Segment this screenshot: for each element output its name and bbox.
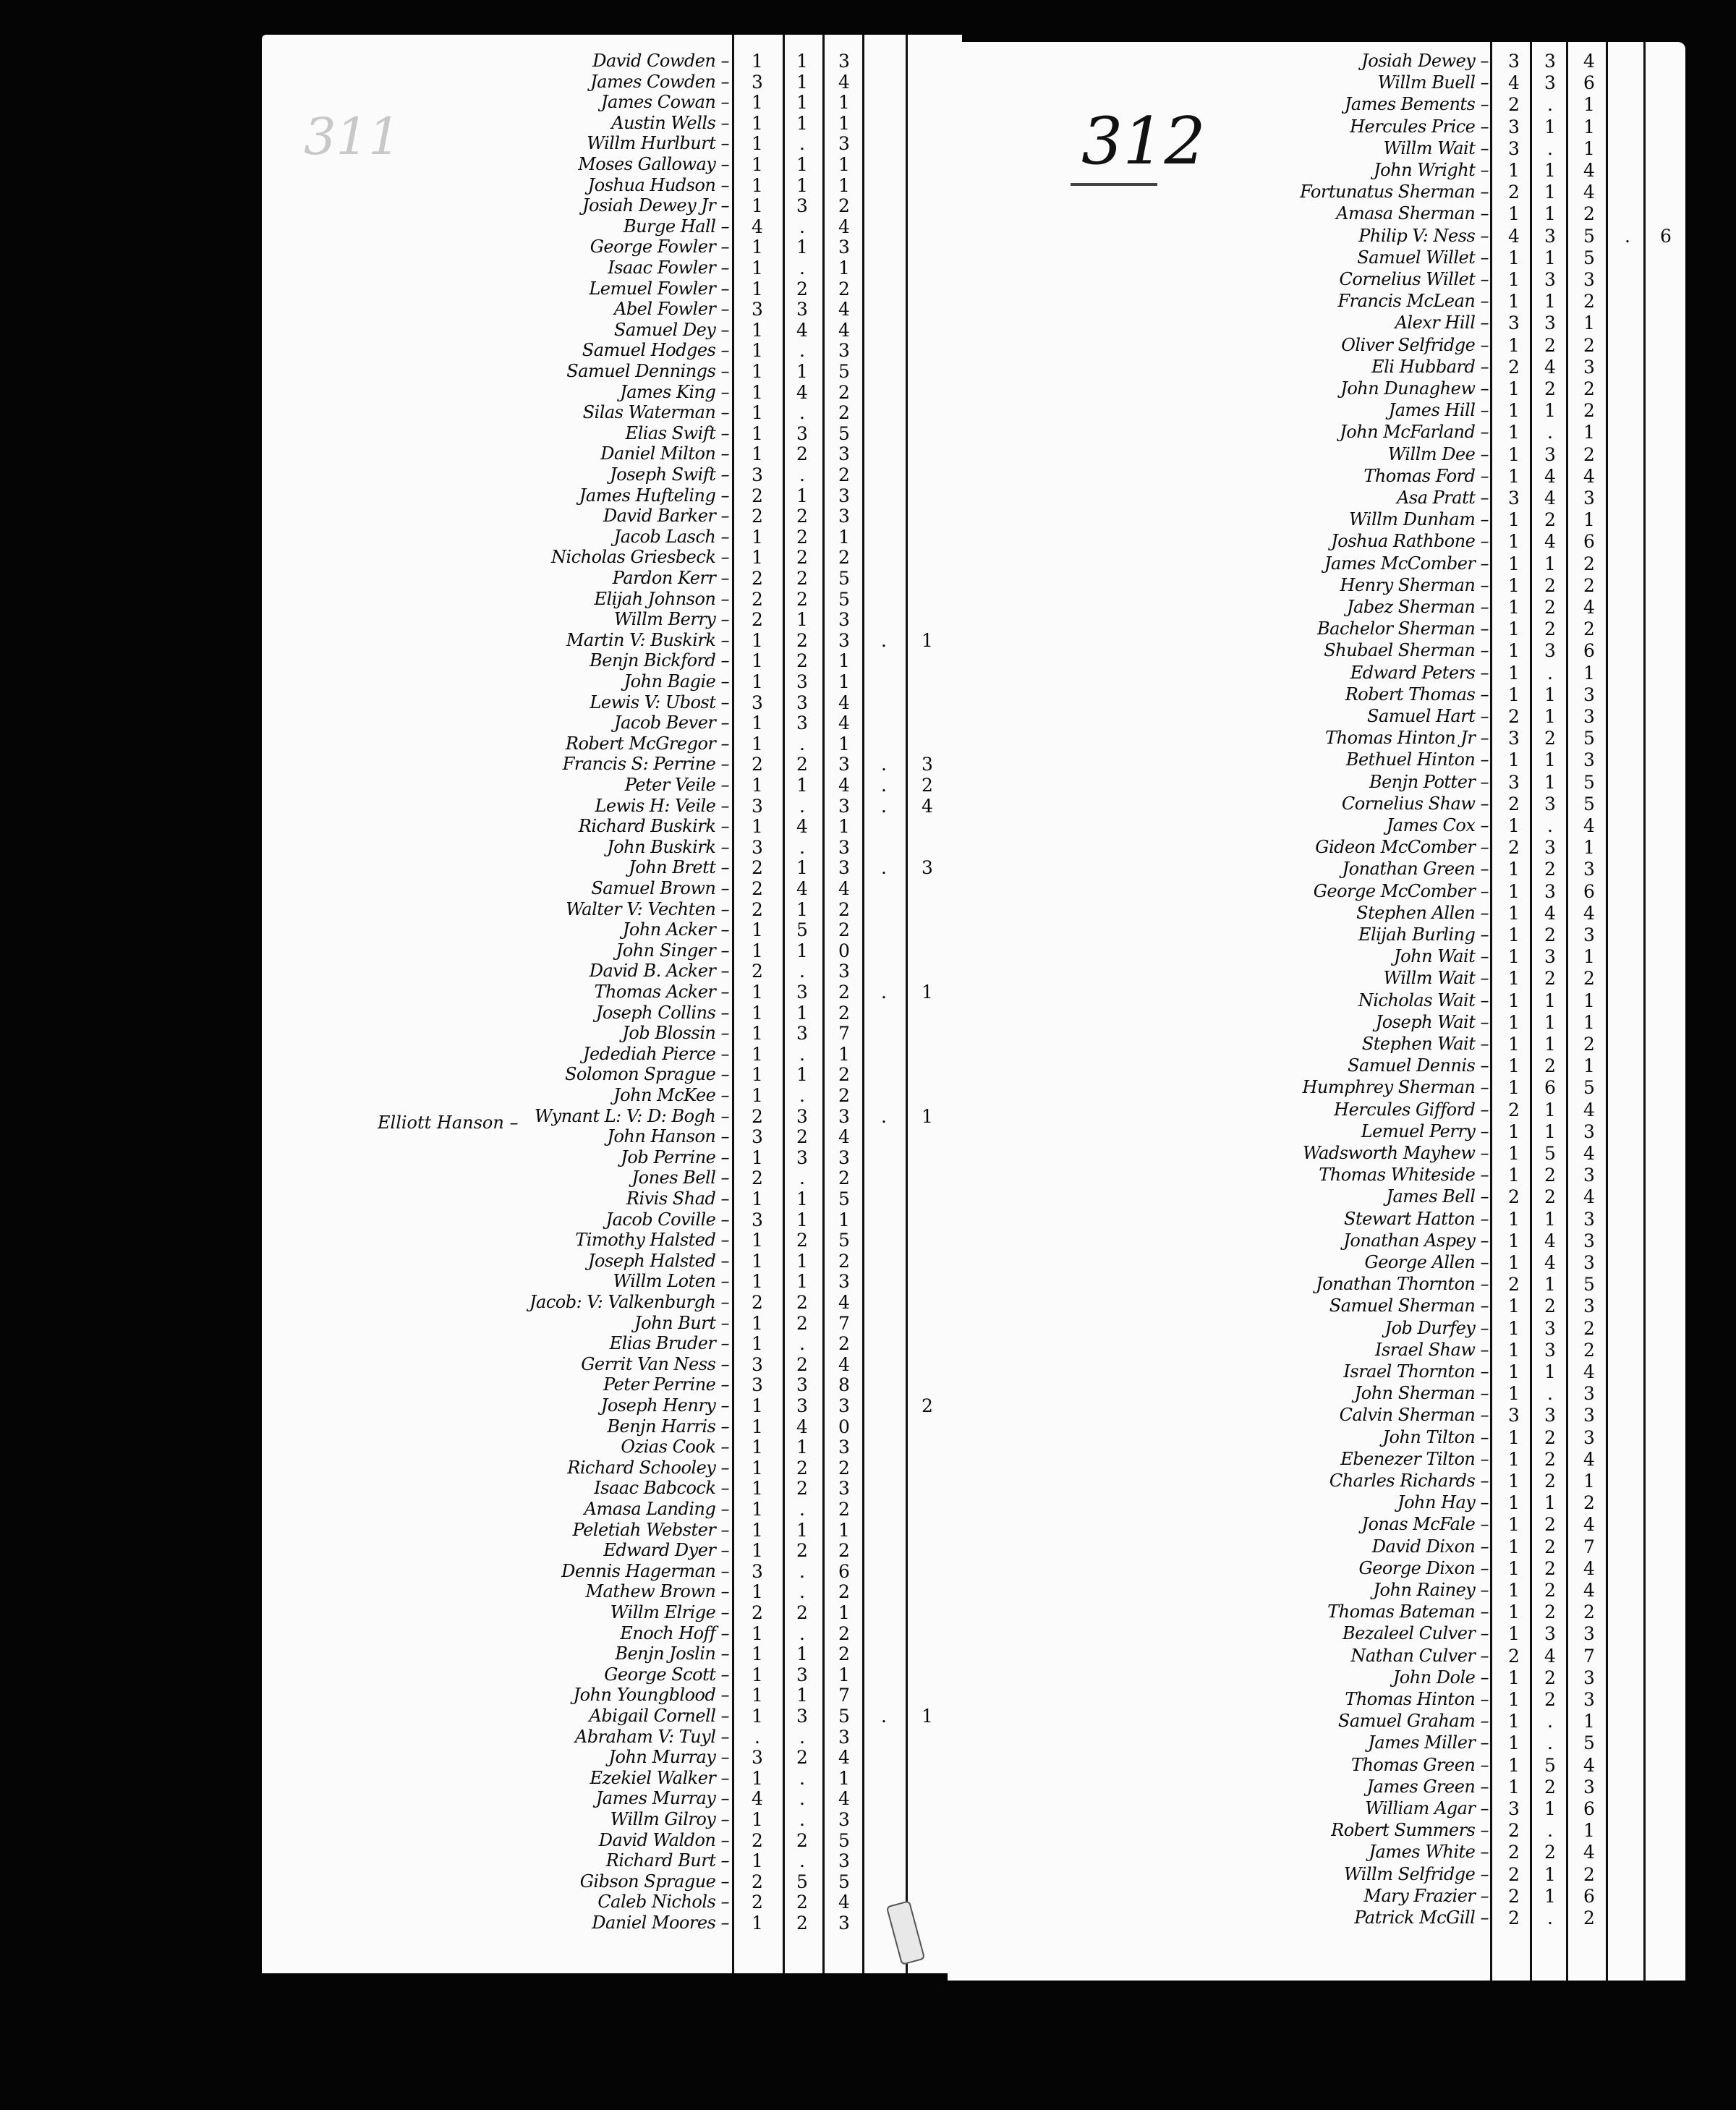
census-entry-row: George Fowler –113 bbox=[262, 237, 962, 258]
tally-cell-c1: 3 bbox=[1496, 728, 1532, 749]
tally-cell-c4: . bbox=[866, 1706, 902, 1727]
tally-cell-c1: 1 bbox=[1496, 335, 1532, 356]
head-of-household-name: Jonathan Aspey – bbox=[1343, 1230, 1489, 1251]
head-of-household-name: Job Durfey – bbox=[1384, 1318, 1489, 1338]
tally-cell-c3: 1 bbox=[1571, 422, 1607, 443]
census-entry-row: Joshua Rathbone –146 bbox=[948, 531, 1685, 553]
head-of-household-name: Samuel Dennis – bbox=[1348, 1055, 1489, 1076]
head-of-household-name: Silas Waterman – bbox=[583, 402, 729, 422]
head-of-household-name: David B. Acker – bbox=[590, 961, 729, 981]
head-of-household-name: Willm Loten – bbox=[613, 1271, 729, 1291]
tally-cell-c2: 1 bbox=[784, 51, 820, 72]
tally-cell-c2: 1 bbox=[1532, 400, 1568, 421]
tally-cell-c1: 1 bbox=[1496, 509, 1532, 530]
tally-cell-c3: 3 bbox=[1571, 1296, 1607, 1316]
census-entry-row: George Dixon –124 bbox=[948, 1558, 1685, 1580]
head-of-household-name: Robert McGregor – bbox=[566, 733, 729, 754]
tally-cell-c3: 4 bbox=[1571, 1558, 1607, 1579]
tally-cell-c1: 1 bbox=[739, 443, 775, 464]
head-of-household-name: George Fowler – bbox=[590, 237, 729, 257]
tally-cell-c5: 1 bbox=[909, 982, 945, 1003]
tally-cell-c4: . bbox=[866, 754, 902, 775]
census-entry-row: Joseph Collins –112 bbox=[262, 1003, 962, 1024]
tally-cell-c3: 3 bbox=[826, 1395, 862, 1416]
tally-cell-c3: 3 bbox=[1571, 749, 1607, 770]
head-of-household-name: Edward Peters – bbox=[1350, 663, 1489, 683]
tally-cell-c3: 2 bbox=[826, 195, 862, 216]
tally-cell-c1: 2 bbox=[739, 1292, 775, 1313]
tally-cell-c1: 2 bbox=[1496, 357, 1532, 378]
tally-cell-c3: 5 bbox=[1571, 226, 1607, 247]
tally-cell-c2: . bbox=[784, 1727, 820, 1748]
tally-cell-c3: 3 bbox=[826, 1106, 862, 1127]
tally-cell-c2: 4 bbox=[784, 878, 820, 899]
head-of-household-name: Willm Dee – bbox=[1388, 444, 1489, 464]
tally-cell-c1: 1 bbox=[1496, 291, 1532, 312]
head-of-household-name: Daniel Milton – bbox=[600, 443, 729, 464]
tally-cell-c1: 1 bbox=[739, 671, 775, 692]
tally-cell-c1: 1 bbox=[739, 1706, 775, 1727]
head-of-household-name: James Cox – bbox=[1387, 815, 1489, 835]
tally-cell-c1: 1 bbox=[739, 775, 775, 796]
tally-cell-c3: 3 bbox=[826, 837, 862, 858]
tally-cell-c3: 4 bbox=[826, 320, 862, 341]
census-entry-row: Enoch Hoff –1.2 bbox=[262, 1623, 962, 1645]
tally-cell-c1: 1 bbox=[1496, 1536, 1532, 1557]
tally-cell-c2: 2 bbox=[1532, 1186, 1568, 1207]
tally-cell-c1: 1 bbox=[1496, 1471, 1532, 1492]
tally-cell-c1: 3 bbox=[1496, 772, 1532, 793]
tally-cell-c3: 2 bbox=[826, 547, 862, 568]
tally-cell-c3: 2 bbox=[826, 1643, 862, 1664]
tally-cell-c1: 1 bbox=[739, 1416, 775, 1437]
tally-cell-c1: 1 bbox=[1496, 444, 1532, 465]
tally-cell-c3: 2 bbox=[826, 1167, 862, 1188]
tally-cell-c2: 1 bbox=[784, 113, 820, 134]
head-of-household-name: Willm Buell – bbox=[1378, 72, 1489, 93]
census-entry-row: Edward Dyer –122 bbox=[262, 1540, 962, 1562]
census-entry-row: Willm Wait –122 bbox=[948, 968, 1685, 990]
tally-cell-c1: 3 bbox=[739, 72, 775, 93]
census-entry-row: Robert Summers –2.1 bbox=[948, 1820, 1685, 1842]
tally-cell-c1: 1 bbox=[1496, 1209, 1532, 1230]
head-of-household-name: Ezekiel Walker – bbox=[590, 1768, 729, 1788]
tally-cell-c1: 1 bbox=[739, 1437, 775, 1458]
census-entry-row: Calvin Sherman –333 bbox=[948, 1405, 1685, 1426]
census-entry-row: Bezaleel Culver –133 bbox=[948, 1623, 1685, 1645]
head-of-household-name: Josiah Dewey – bbox=[1361, 51, 1489, 71]
tally-cell-c2: 3 bbox=[1532, 1405, 1568, 1426]
tally-cell-c2: 3 bbox=[1532, 640, 1568, 661]
tally-cell-c2: 3 bbox=[784, 1106, 820, 1127]
tally-cell-c2: 1 bbox=[784, 1188, 820, 1209]
tally-cell-c3: 4 bbox=[1571, 1186, 1607, 1207]
tally-cell-c1: 2 bbox=[739, 568, 775, 589]
census-entry-row: Wadsworth Mayhew –154 bbox=[948, 1143, 1685, 1165]
tally-cell-c1: 2 bbox=[1496, 94, 1532, 115]
tally-cell-c1: 1 bbox=[739, 1623, 775, 1644]
census-entry-row: Francis S: Perrine –223.3 bbox=[262, 754, 962, 775]
head-of-household-name: Solomon Sprague – bbox=[565, 1064, 729, 1084]
tally-cell-c1: 1 bbox=[739, 940, 775, 961]
head-of-household-name: David Waldon – bbox=[599, 1830, 729, 1850]
head-of-household-name: Willm Elrige – bbox=[610, 1602, 729, 1622]
tally-cell-c2: 5 bbox=[784, 1871, 820, 1892]
census-entry-row: John McFarland –1.1 bbox=[948, 422, 1685, 443]
tally-cell-c3: 2 bbox=[826, 1458, 862, 1479]
census-entry-row: Elias Swift –135 bbox=[262, 423, 962, 445]
tally-cell-c2: 1 bbox=[784, 154, 820, 175]
tally-cell-c3: 4 bbox=[1571, 182, 1607, 203]
tally-cell-c1: 1 bbox=[739, 278, 775, 299]
tally-cell-c3: 2 bbox=[826, 1064, 862, 1085]
tally-cell-c3: 1 bbox=[1571, 1471, 1607, 1492]
tally-cell-c3: 3 bbox=[826, 1809, 862, 1830]
head-of-household-name: Jonathan Green – bbox=[1343, 859, 1489, 879]
tally-cell-c1: 1 bbox=[1496, 1580, 1532, 1601]
tally-cell-c1: 2 bbox=[1496, 837, 1532, 858]
tally-cell-c1: 1 bbox=[1496, 1296, 1532, 1316]
tally-cell-c2: 2 bbox=[1532, 1296, 1568, 1316]
tally-cell-c3: 4 bbox=[826, 775, 862, 796]
tally-cell-c1: 1 bbox=[739, 919, 775, 940]
head-of-household-name: George Dixon – bbox=[1359, 1558, 1489, 1578]
tally-cell-c2: 3 bbox=[1532, 881, 1568, 902]
tally-cell-c1: 1 bbox=[1496, 968, 1532, 989]
tally-cell-c4: . bbox=[866, 1106, 902, 1127]
tally-cell-c3: 5 bbox=[826, 1706, 862, 1727]
census-entry-row: Jacob Bever –134 bbox=[262, 712, 962, 734]
census-entry-row: James McComber –112 bbox=[948, 553, 1685, 575]
tally-cell-c2: 2 bbox=[784, 1602, 820, 1623]
head-of-household-name: John Acker – bbox=[623, 919, 729, 940]
census-entry-row: John Wright –114 bbox=[948, 160, 1685, 182]
head-of-household-name: Gibson Sprague – bbox=[580, 1871, 729, 1892]
tally-cell-c2: 3 bbox=[784, 712, 820, 733]
head-of-household-name: John Wright – bbox=[1374, 160, 1489, 180]
tally-cell-c3: 4 bbox=[1571, 1580, 1607, 1601]
tally-cell-c3: 3 bbox=[826, 1478, 862, 1499]
tally-cell-c3: 6 bbox=[826, 1561, 862, 1582]
tally-cell-c2: 3 bbox=[1532, 72, 1568, 93]
tally-cell-c3: 4 bbox=[1571, 1514, 1607, 1535]
census-entry-row: David Cowden –113 bbox=[262, 51, 962, 72]
census-entry-row: Jabez Sherman –124 bbox=[948, 597, 1685, 618]
tally-cell-c1: 2 bbox=[739, 1830, 775, 1851]
tally-cell-c2: 2 bbox=[784, 1292, 820, 1313]
tally-cell-c3: 2 bbox=[1571, 335, 1607, 356]
head-of-household-name: Richard Buskirk – bbox=[579, 816, 729, 836]
census-entry-row: Benjn Joslin –112 bbox=[262, 1643, 962, 1665]
census-entry-row: Amasa Landing –1.2 bbox=[262, 1499, 962, 1520]
tally-cell-c2: 1 bbox=[784, 92, 820, 113]
tally-cell-c1: 2 bbox=[1496, 794, 1532, 814]
head-of-household-name: James Hufteling – bbox=[579, 485, 729, 506]
census-entry-row: Gideon McComber –231 bbox=[948, 837, 1685, 859]
tally-cell-c2: 1 bbox=[784, 72, 820, 93]
census-entry-row: James Cowan –111 bbox=[262, 92, 962, 114]
tally-cell-c3: 1 bbox=[826, 92, 862, 113]
tally-cell-c2: 1 bbox=[1532, 247, 1568, 268]
census-entry-row: Rivis Shad –115 bbox=[262, 1188, 962, 1210]
tally-cell-c1: 1 bbox=[1496, 1230, 1532, 1251]
tally-cell-c2: 2 bbox=[1532, 618, 1568, 639]
tally-cell-c1: 2 bbox=[739, 589, 775, 610]
tally-cell-c1: 4 bbox=[1496, 226, 1532, 247]
tally-cell-c1: 1 bbox=[739, 733, 775, 754]
tally-cell-c4: . bbox=[866, 857, 902, 878]
tally-cell-c2: 2 bbox=[1532, 335, 1568, 356]
tally-cell-c2: . bbox=[784, 340, 820, 361]
census-entry-row: John Burt –127 bbox=[262, 1313, 962, 1335]
census-entry-row: John Dunaghew –122 bbox=[948, 378, 1685, 400]
tally-cell-c1: 3 bbox=[1496, 1798, 1532, 1819]
tally-cell-c2: 4 bbox=[1532, 1252, 1568, 1273]
tally-cell-c1: 2 bbox=[739, 857, 775, 878]
tally-cell-c4: . bbox=[866, 630, 902, 651]
tally-cell-c3: 2 bbox=[1571, 291, 1607, 312]
head-of-household-name: Martin V: Buskirk – bbox=[566, 630, 729, 650]
head-of-household-name: James Cowan – bbox=[601, 92, 729, 112]
head-of-household-name: Jacob Bever – bbox=[614, 712, 729, 733]
tally-cell-c1: 1 bbox=[1496, 597, 1532, 618]
tally-cell-c2: 1 bbox=[784, 609, 820, 630]
census-entry-row: Austin Wells –111 bbox=[262, 113, 962, 135]
tally-cell-c2: 3 bbox=[784, 1147, 820, 1168]
tally-cell-c1: 1 bbox=[739, 816, 775, 837]
tally-cell-c2: 1 bbox=[1532, 1274, 1568, 1295]
tally-cell-c2: 2 bbox=[784, 1313, 820, 1334]
head-of-household-name: Jabez Sherman – bbox=[1347, 597, 1489, 617]
head-of-household-name: George Allen – bbox=[1365, 1252, 1489, 1272]
census-entry-row: Lewis H: Veile –3.3.4 bbox=[262, 796, 962, 817]
tally-cell-c3: 1 bbox=[1571, 1012, 1607, 1033]
tally-cell-c3: 1 bbox=[826, 1520, 862, 1541]
census-entry-row: Willm Wait –3.1 bbox=[948, 138, 1685, 160]
census-entry-row: Isaac Fowler –1.1 bbox=[262, 258, 962, 279]
tally-cell-c2: 4 bbox=[1532, 488, 1568, 509]
census-entry-row: David Dixon –127 bbox=[948, 1536, 1685, 1558]
tally-cell-c3: 5 bbox=[826, 1230, 862, 1251]
census-entry-row: Willm Hurlburt –1.3 bbox=[262, 133, 962, 155]
census-entry-row: Willm Dunham –121 bbox=[948, 509, 1685, 531]
census-entry-row: Edward Peters –1.1 bbox=[948, 663, 1685, 684]
tally-cell-c2: 2 bbox=[784, 547, 820, 568]
census-entry-row: Joseph Wait –111 bbox=[948, 1012, 1685, 1034]
tally-cell-c2: 1 bbox=[784, 1685, 820, 1706]
census-entry-row: Job Blossin –137 bbox=[262, 1023, 962, 1045]
tally-cell-c3: 3 bbox=[826, 630, 862, 651]
tally-cell-c1: 1 bbox=[739, 1313, 775, 1334]
tally-cell-c1: 2 bbox=[739, 1602, 775, 1623]
tally-cell-c1: 2 bbox=[739, 485, 775, 506]
tally-cell-c1: 1 bbox=[739, 175, 775, 196]
census-entry-row: Bethuel Hinton –113 bbox=[948, 749, 1685, 771]
census-entry-row: Timothy Halsted –125 bbox=[262, 1230, 962, 1251]
head-of-household-name: Stewart Hatton – bbox=[1344, 1209, 1489, 1229]
head-of-household-name: Jonathan Thornton – bbox=[1316, 1274, 1489, 1294]
tally-cell-c1: 2 bbox=[1496, 1099, 1532, 1120]
tally-cell-c2: . bbox=[784, 1499, 820, 1520]
head-of-household-name: John Wait – bbox=[1394, 946, 1489, 966]
tally-cell-c1: 1 bbox=[739, 1913, 775, 1934]
tally-cell-c1: 1 bbox=[739, 51, 775, 72]
head-of-household-name: James McComber – bbox=[1324, 553, 1489, 574]
census-entry-row: Gerrit Van Ness –324 bbox=[262, 1354, 962, 1376]
tally-cell-c2: 2 bbox=[1532, 1514, 1568, 1535]
head-of-household-name: James Hill – bbox=[1389, 400, 1489, 420]
tally-cell-c3: 4 bbox=[826, 692, 862, 713]
tally-cell-c1: 3 bbox=[739, 1209, 775, 1230]
tally-cell-c3: 5 bbox=[826, 568, 862, 589]
tally-cell-c3: 3 bbox=[826, 51, 862, 72]
tally-cell-c1: 1 bbox=[739, 1499, 775, 1520]
tally-cell-c3: 7 bbox=[826, 1023, 862, 1044]
tally-cell-c1: 2 bbox=[739, 961, 775, 982]
census-entry-row: Isaac Babcock –123 bbox=[262, 1478, 962, 1499]
census-entry-row: Martin V: Buskirk –123.1 bbox=[262, 630, 962, 652]
tally-cell-c3: 1 bbox=[1571, 312, 1607, 333]
head-of-household-name: James Bell – bbox=[1386, 1186, 1489, 1207]
tally-cell-c3: 1 bbox=[1571, 663, 1607, 684]
tally-cell-c1: 1 bbox=[739, 133, 775, 154]
tally-cell-c2: 3 bbox=[784, 1023, 820, 1044]
tally-cell-c3: 4 bbox=[826, 712, 862, 733]
tally-cell-c3: 2 bbox=[1571, 400, 1607, 421]
tally-cell-c3: 1 bbox=[826, 1768, 862, 1789]
tally-cell-c1: 1 bbox=[739, 527, 775, 548]
tally-cell-c3: 2 bbox=[1571, 575, 1607, 596]
tally-cell-c2: . bbox=[784, 216, 820, 237]
head-of-household-name: John Buskirk – bbox=[607, 837, 729, 857]
tally-cell-c4: . bbox=[866, 775, 902, 796]
tally-cell-c3: 6 bbox=[1571, 1798, 1607, 1819]
head-of-household-name: Rivis Shad – bbox=[626, 1188, 729, 1209]
tally-cell-c1: 1 bbox=[1496, 618, 1532, 639]
tally-cell-c2: 5 bbox=[784, 919, 820, 940]
head-of-household-name: Francis S: Perrine – bbox=[563, 754, 729, 774]
head-of-household-name: Thomas Green – bbox=[1351, 1755, 1489, 1775]
tally-cell-c1: 1 bbox=[1496, 553, 1532, 574]
tally-cell-c1: 1 bbox=[739, 340, 775, 361]
tally-cell-c2: . bbox=[1532, 94, 1568, 115]
tally-cell-c2: 6 bbox=[1532, 1077, 1568, 1098]
tally-cell-c3: 1 bbox=[1571, 837, 1607, 858]
census-entry-row: John Hay –112 bbox=[948, 1492, 1685, 1514]
census-entry-row: Cornelius Shaw –235 bbox=[948, 794, 1685, 815]
tally-cell-c1: 3 bbox=[1496, 138, 1532, 159]
tally-cell-c2: . bbox=[1532, 1732, 1568, 1753]
tally-cell-c2: . bbox=[784, 133, 820, 154]
tally-cell-c5: 4 bbox=[909, 796, 945, 817]
census-entry-row: James Murray –4.4 bbox=[262, 1788, 962, 1810]
census-entry-row: Samuel Dey –144 bbox=[262, 320, 962, 341]
tally-cell-c3: 2 bbox=[826, 982, 862, 1003]
census-entry-row: James Bell –224 bbox=[948, 1186, 1685, 1208]
tally-cell-c2: 2 bbox=[1532, 1055, 1568, 1076]
head-of-household-name: Enoch Hoff – bbox=[620, 1623, 729, 1643]
tally-cell-c3: 4 bbox=[826, 1788, 862, 1809]
census-entry-row: John Rainey –124 bbox=[948, 1580, 1685, 1601]
head-of-household-name: Bethuel Hinton – bbox=[1346, 749, 1489, 770]
census-entry-row: John Youngblood –117 bbox=[262, 1685, 962, 1706]
census-entry-row: Jonathan Thornton –215 bbox=[948, 1274, 1685, 1296]
census-entry-row: Samuel Sherman –123 bbox=[948, 1296, 1685, 1317]
head-of-household-name: Dennis Hagerman – bbox=[561, 1561, 729, 1581]
tally-cell-c2: 1 bbox=[784, 775, 820, 796]
tally-cell-c1: 1 bbox=[1496, 1143, 1532, 1164]
census-entry-row: Moses Galloway –111 bbox=[262, 154, 962, 176]
head-of-household-name: Ebenezer Tilton – bbox=[1340, 1449, 1489, 1469]
tally-cell-c2: 1 bbox=[784, 1064, 820, 1085]
census-entry-row: Thomas Whiteside –123 bbox=[948, 1165, 1685, 1186]
head-of-household-name: Benjn Potter – bbox=[1369, 772, 1489, 792]
tally-cell-c3: 3 bbox=[826, 1727, 862, 1748]
tally-cell-c1: 1 bbox=[1496, 1340, 1532, 1361]
head-of-household-name: John Hanson – bbox=[607, 1126, 729, 1147]
tally-cell-c2: 4 bbox=[1532, 1646, 1568, 1667]
tally-cell-c3: 2 bbox=[1571, 203, 1607, 224]
tally-cell-c1: 1 bbox=[739, 1023, 775, 1044]
tally-cell-c3: 2 bbox=[1571, 553, 1607, 574]
tally-cell-c3: 2 bbox=[1571, 1864, 1607, 1885]
tally-cell-c2: 3 bbox=[1532, 946, 1568, 967]
head-of-household-name: Thomas Ford – bbox=[1363, 466, 1489, 486]
tally-cell-c3: 3 bbox=[826, 133, 862, 154]
tally-cell-c2: 2 bbox=[784, 630, 820, 651]
tally-cell-c5: 3 bbox=[909, 754, 945, 775]
head-of-household-name: John McKee – bbox=[613, 1085, 729, 1105]
tally-cell-c3: 1 bbox=[826, 154, 862, 175]
head-of-household-name: Burge Hall – bbox=[624, 216, 729, 237]
tally-cell-c1: 3 bbox=[739, 1561, 775, 1582]
census-entry-row: Caleb Nichols –224 bbox=[262, 1892, 962, 1913]
tally-cell-c1: 1 bbox=[739, 402, 775, 423]
tally-cell-c2: 1 bbox=[784, 485, 820, 506]
head-of-household-name: Thomas Hinton Jr – bbox=[1325, 728, 1489, 748]
census-entry-row: James Hufteling –213 bbox=[262, 485, 962, 507]
tally-cell-c1: 1 bbox=[739, 547, 775, 568]
head-of-household-name: Jedediah Pierce – bbox=[583, 1044, 729, 1064]
head-of-household-name: Wynant L: V: D: Bogh – bbox=[535, 1106, 729, 1126]
tally-cell-c1: 1 bbox=[1496, 859, 1532, 880]
census-entry-row: Humphrey Sherman –165 bbox=[948, 1077, 1685, 1099]
tally-cell-c1: 1 bbox=[1496, 531, 1532, 552]
tally-cell-c1: 1 bbox=[1496, 1318, 1532, 1339]
tally-cell-c3: 3 bbox=[826, 796, 862, 817]
tally-cell-c3: 3 bbox=[1571, 1121, 1607, 1142]
tally-cell-c3: 4 bbox=[1571, 1449, 1607, 1470]
tally-cell-c1: 1 bbox=[739, 361, 775, 382]
tally-cell-c2: 1 bbox=[1532, 1012, 1568, 1033]
tally-cell-c3: 5 bbox=[826, 361, 862, 382]
tally-cell-c1: 1 bbox=[1496, 1755, 1532, 1776]
tally-cell-c1: 3 bbox=[739, 796, 775, 817]
head-of-household-name: John Bagie – bbox=[624, 671, 729, 692]
tally-cell-c3: 5 bbox=[1571, 794, 1607, 814]
head-of-household-name: Jacob: V: Valkenburgh – bbox=[529, 1292, 729, 1312]
head-of-household-name: Oliver Selfridge – bbox=[1341, 335, 1489, 355]
tally-cell-c1: 1 bbox=[1496, 1623, 1532, 1644]
tally-cell-c2: 4 bbox=[1532, 903, 1568, 924]
head-of-household-name: John McFarland – bbox=[1340, 422, 1489, 442]
tally-cell-c3: 4 bbox=[1571, 466, 1607, 487]
tally-cell-c3: 3 bbox=[826, 857, 862, 878]
tally-cell-c3: 0 bbox=[826, 940, 862, 961]
tally-cell-c2: 2 bbox=[1532, 1601, 1568, 1622]
tally-cell-c1: 1 bbox=[739, 258, 775, 278]
tally-cell-c3: 6 bbox=[1571, 881, 1607, 902]
